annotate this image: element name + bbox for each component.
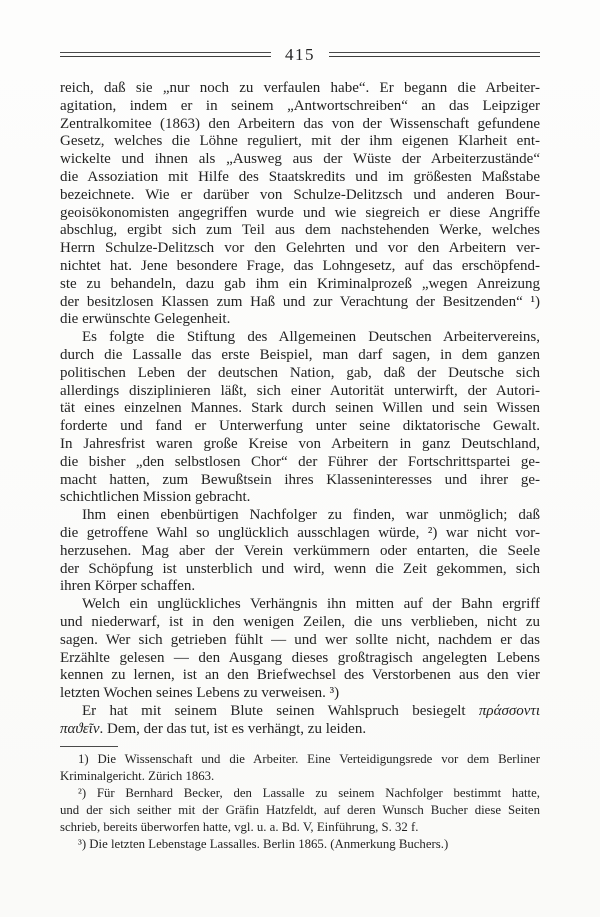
greek-phrase: πράσσοντι bbox=[479, 703, 540, 719]
text-line: nichtet hat. Jene besondere Frage, das L… bbox=[60, 258, 540, 276]
greek-phrase: παϑεῖν bbox=[60, 721, 100, 737]
text-line: politischen Leben der deutschen Nation, … bbox=[60, 365, 540, 383]
text-line: sagen. Wer sich getrieben fühlt — und we… bbox=[60, 632, 540, 650]
text-line: Er hat mit seinem Blute seinen Wahlspruc… bbox=[60, 703, 540, 721]
text-line: ²) Für Bernhard Becker, den Lassalle zu … bbox=[60, 785, 540, 802]
header-rule-right bbox=[329, 52, 540, 57]
text-line: die erwünschte Gelegenheit. bbox=[60, 311, 540, 329]
text-line: und niederwarf, ist in den wenigen Zeile… bbox=[60, 614, 540, 632]
text-line: tät eines einzelnen Mannes. Stark durch … bbox=[60, 400, 540, 418]
page-header: 415 bbox=[60, 46, 540, 63]
text-line: forderte und fand er Unterwerfung unter … bbox=[60, 418, 540, 436]
text-line: ste zu behandeln, dazu gab ihm ein Krimi… bbox=[60, 276, 540, 294]
text-line: schichtlichen Mission gebracht. bbox=[60, 489, 540, 507]
text-segment: . Dem, der das tut, ist es verhängt, zu … bbox=[100, 721, 367, 737]
footnote-2: ²) Für Bernhard Becker, den Lassalle zu … bbox=[60, 785, 540, 836]
text-line: letzten Wochen seines Lebens zu verweise… bbox=[60, 685, 540, 703]
page-number: 415 bbox=[271, 46, 329, 63]
text-line: macht hatten, zum Bewußtsein ihres Klass… bbox=[60, 472, 540, 490]
page-body: reich, daß sie „nur noch zu verfaulen ha… bbox=[60, 80, 540, 738]
text-line: bezeichnete. Wie er darüber von Schulze-… bbox=[60, 187, 540, 205]
text-line: Zentralkomitee (1863) den Arbeitern das … bbox=[60, 116, 540, 134]
text-line: die getroffene Wahl so unglücklich aussc… bbox=[60, 525, 540, 543]
text-line: die Assoziation mit Hilfe des Staatskred… bbox=[60, 169, 540, 187]
text-line: herzusehen. Mag aber der Verein verkümme… bbox=[60, 543, 540, 561]
footnote-3: ³) Die letzten Lebenstage Lassalles. Ber… bbox=[60, 836, 540, 853]
footnote-separator bbox=[60, 746, 118, 747]
text-line: Ihm einen ebenbürtigen Nachfolger zu fin… bbox=[60, 507, 540, 525]
text-line: ³) Die letzten Lebenstage Lassalles. Ber… bbox=[60, 836, 540, 853]
text-line: schrieb, bereits überworfen hatte, vgl. … bbox=[60, 819, 540, 836]
text-segment: Er hat mit seinem Blute seinen Wahlspruc… bbox=[82, 703, 479, 719]
paragraph-2: Es folgte die Stiftung des Allgemeinen D… bbox=[60, 329, 540, 507]
paragraph-1: reich, daß sie „nur noch zu verfaulen ha… bbox=[60, 80, 540, 329]
text-line: Es folgte die Stiftung des Allgemeinen D… bbox=[60, 329, 540, 347]
text-line: Gesetz, welches die Löhne reguliert, mit… bbox=[60, 133, 540, 151]
text-line: Erzählte gelesen — den Ausgang dieses gr… bbox=[60, 650, 540, 668]
text-line: allerdings disziplinieren läßt, sich ein… bbox=[60, 383, 540, 401]
footnote-1: 1) Die Wissenschaft und die Arbeiter. Ei… bbox=[60, 751, 540, 785]
text-line: Welch ein unglückliches Verhängnis ihn m… bbox=[60, 596, 540, 614]
text-line: wickelte und ihnen als „Ausweg aus der W… bbox=[60, 151, 540, 169]
text-line: geoisökonomisten angegriffen wurde und w… bbox=[60, 205, 540, 223]
text-line: παϑεῖν. Dem, der das tut, ist es verhäng… bbox=[60, 721, 540, 739]
book-page: 415 reich, daß sie „nur noch zu verfaule… bbox=[0, 0, 600, 917]
text-line: agitation, indem er in seinem „Antwortsc… bbox=[60, 98, 540, 116]
footnotes: 1) Die Wissenschaft und die Arbeiter. Ei… bbox=[60, 751, 540, 853]
header-rule-left bbox=[60, 52, 271, 57]
paragraph-4: Welch ein unglückliches Verhängnis ihn m… bbox=[60, 596, 540, 703]
paragraph-5: Er hat mit seinem Blute seinen Wahlspruc… bbox=[60, 703, 540, 739]
text-line: und der sich seither mit der Gräfin Hatz… bbox=[60, 802, 540, 819]
text-line: durch die Lassalle das erste Beispiel, m… bbox=[60, 347, 540, 365]
text-line: der Schöpfung ist unsterblich und wird, … bbox=[60, 561, 540, 579]
text-line: die bisher „den selbstlosen Chor“ der Fü… bbox=[60, 454, 540, 472]
text-line: Herrn Schulze-Delitzsch vor den Gelehrte… bbox=[60, 240, 540, 258]
text-line: reich, daß sie „nur noch zu verfaulen ha… bbox=[60, 80, 540, 98]
text-line: ihren Körper schaffen. bbox=[60, 578, 540, 596]
text-line: kennen zu lernen, ist an den Briefwechse… bbox=[60, 667, 540, 685]
text-line: der besitzlosen Klassen zum Haß und zur … bbox=[60, 294, 540, 312]
paragraph-3: Ihm einen ebenbürtigen Nachfolger zu fin… bbox=[60, 507, 540, 596]
text-line: 1) Die Wissenschaft und die Arbeiter. Ei… bbox=[60, 751, 540, 768]
text-line: abschlug, ergibt sich zum Teil aus dem n… bbox=[60, 222, 540, 240]
text-line: In Jahresfrist waren große Kreise von Ar… bbox=[60, 436, 540, 454]
text-line: Kriminalgericht. Zürich 1863. bbox=[60, 768, 540, 785]
